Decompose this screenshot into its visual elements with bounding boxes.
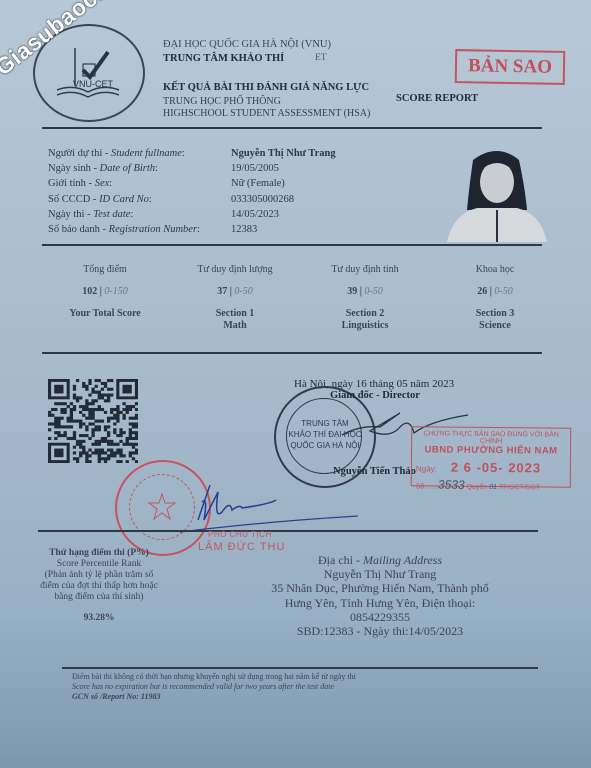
divider (42, 352, 542, 354)
label-en: ID Card No (99, 194, 149, 205)
registration-number: 12383 (231, 222, 257, 237)
cert-number-row: Số:......3533 Quyển 01.TP/SCT/SGT (416, 477, 570, 492)
percentile-value: 93.28% (38, 613, 160, 624)
score-number: 102 (82, 286, 97, 297)
score-value: 39 | 0-50 (300, 286, 430, 308)
footer-note-vi: Điểm bài thi không có thời hạn nhưng khu… (72, 672, 356, 682)
score-number: 37 (217, 286, 227, 297)
percentile-title-en: Score Percentile Rank (38, 559, 160, 570)
qr-code[interactable] (48, 379, 138, 463)
cert-line1: CHỨNG THỰC BẢN SAO ĐÚNG VỚI BẢN CHÍNH (412, 430, 570, 445)
info-row-sex: Giới tính - Sex: Nữ (Female) (48, 176, 336, 191)
id-card-number: 033305000268 (231, 192, 294, 207)
label-en: Test date (93, 209, 130, 220)
address-line2: Hưng Yên, Tỉnh Hưng Yên, Điện thoại: (240, 596, 520, 610)
mailing-address: Địa chỉ - Mailing Address Nguyễn Thị Như… (240, 553, 520, 638)
label-vi: Số CCCD - (48, 194, 99, 205)
score-number: 39 (347, 286, 357, 297)
address-sbd: SBD:12383 - Ngày thi:14/05/2023 (240, 624, 520, 638)
address-label: Địa chỉ - Mailing Address (240, 553, 520, 567)
label-vi: Ngày sinh - (48, 163, 100, 174)
label-en: Registration Number (109, 224, 197, 235)
score-title: Tổng điểm (40, 264, 170, 286)
info-row-test-date: Ngày thi - Test date: 14/05/2023 (48, 207, 336, 222)
director-title: Giám đốc - Director (330, 390, 420, 401)
percentile-title: Thứ hạng điểm thi (P%) (38, 548, 160, 559)
info-row-id-card: Số CCCD - ID Card No: 033305000268 (48, 192, 336, 207)
info-row-registration: Số báo danh - Registration Number: 12383 (48, 222, 336, 237)
label-en: Sex (95, 178, 110, 189)
info-row-dob: Ngày sinh - Date of Birth: 19/05/2005 (48, 161, 336, 176)
label-vi: Giới tính - (48, 178, 95, 189)
copy-stamp: BẢN SAO (455, 49, 566, 85)
score-title: Khoa học (430, 264, 560, 286)
score-range: 0-50 (494, 286, 512, 297)
footer-note-en: Score has no expiration but is recommend… (72, 682, 356, 692)
cert-book-label: Quyển (467, 484, 488, 491)
certification-stamp: CHỨNG THỰC BẢN SAO ĐÚNG VỚI BẢN CHÍNH UB… (411, 426, 572, 487)
footer: Điểm bài thi không có thời hạn nhưng khu… (72, 672, 356, 702)
director-name: Nguyễn Tiến Thảo (333, 466, 416, 477)
check-book-icon (53, 44, 123, 104)
test-date: 14/05/2023 (231, 207, 279, 222)
address-line1: 35 Nhân Dục, Phường Hiến Nam, Thành phố (240, 581, 520, 595)
divider (62, 667, 538, 669)
score-number: 26 (477, 286, 487, 297)
document-subtitle-vi: TRUNG HỌC PHỔ THÔNG (163, 96, 281, 107)
label-vi: Ngày thi - (48, 209, 93, 220)
address-phone: 0854229355 (240, 610, 520, 624)
cert-number-label: Số: (416, 483, 427, 490)
report-number: GCN số /Report No: 11983 (72, 692, 356, 702)
center-name: TRUNG TÂM KHẢO THÍ (163, 53, 284, 64)
info-row-fullname: Người dự thi - Student fullname: Nguyễn … (48, 146, 336, 161)
date-of-birth: 19/05/2005 (231, 161, 279, 176)
logo-label: VNU-CET (73, 79, 113, 89)
score-range: 0-50 (364, 286, 382, 297)
score-section-name: Linguistics (300, 320, 430, 332)
score-label-en: Your Total Score (40, 308, 170, 320)
university-name: ĐẠI HỌC QUỐC GIA HÀ NỘI (VNU) (163, 39, 331, 50)
cert-line2: UBND PHƯỜNG HIẾN NAM (412, 444, 570, 456)
score-value: 37 | 0-50 (170, 286, 300, 308)
cert-date-row: Ngày:2 6 -05- 2023 (416, 459, 570, 475)
address-label-vi: Địa chỉ - (318, 553, 363, 567)
student-info: Người dự thi - Student fullname: Nguyễn … (48, 146, 336, 237)
score-value: 26 | 0-50 (430, 286, 560, 308)
score-label-en: Section 1 (170, 308, 300, 320)
score-range: 0-150 (104, 286, 127, 297)
sex: Nữ (Female) (231, 176, 285, 191)
document-title: KẾT QUẢ BÀI THI ĐÁNH GIÁ NĂNG LỰC (163, 82, 369, 93)
cert-number: 3533 (438, 478, 465, 492)
score-total: Tổng điểm 102 | 0-150 Your Total Score (40, 264, 170, 332)
cert-date-label: Ngày: (416, 464, 437, 473)
cert-date: 2 6 -05- 2023 (451, 460, 541, 476)
address-name: Nguyễn Thị Như Trang (240, 567, 520, 581)
score-section-name: Science (430, 320, 560, 332)
percentile-section: Thứ hạng điểm thi (P%) Score Percentile … (38, 548, 160, 624)
label-en: Date of Birth (100, 163, 155, 174)
divider (42, 127, 542, 129)
score-table: Tổng điểm 102 | 0-150 Your Total Score T… (40, 264, 560, 332)
score-science: Khoa học 26 | 0-50 Section 3 Science (430, 264, 560, 332)
vice-chairman-name: LÂM ĐỨC THU (198, 541, 285, 553)
score-report-label: SCORE REPORT (396, 93, 478, 104)
divider (42, 244, 542, 246)
vice-chairman-title: PHÓ CHỦ TỊCH (208, 530, 272, 539)
label-vi: Người dự thi - (48, 148, 111, 159)
student-fullname: Nguyễn Thị Như Trang (231, 146, 336, 161)
address-label-en: Mailing Address (363, 553, 442, 567)
label-vi: Số báo danh - (48, 224, 109, 235)
score-math: Tư duy định lượng 37 | 0-50 Section 1 Ma… (170, 264, 300, 332)
cert-suffix: .TP/SCT/SGT (497, 484, 540, 491)
score-linguistics: Tư duy định tính 39 | 0-50 Section 2 Lin… (300, 264, 430, 332)
label-en: Student fullname (111, 148, 182, 159)
score-label-en: Section 2 (300, 308, 430, 320)
percentile-note: (Phản ánh tỷ lệ phần trăm số điểm của đợ… (38, 570, 160, 603)
score-title: Tư duy định lượng (170, 264, 300, 286)
score-title: Tư duy định tính (300, 264, 430, 286)
document-subtitle-en: HIGHSCHOOL STUDENT ASSESSMENT (HSA) (163, 108, 370, 119)
divider (38, 530, 538, 532)
score-value: 102 | 0-150 (40, 286, 170, 308)
center-suffix: ET (315, 53, 327, 63)
score-range: 0-50 (234, 286, 252, 297)
score-section-name: Math (170, 320, 300, 332)
score-label-en: Section 3 (430, 308, 560, 320)
student-photo (443, 148, 551, 242)
